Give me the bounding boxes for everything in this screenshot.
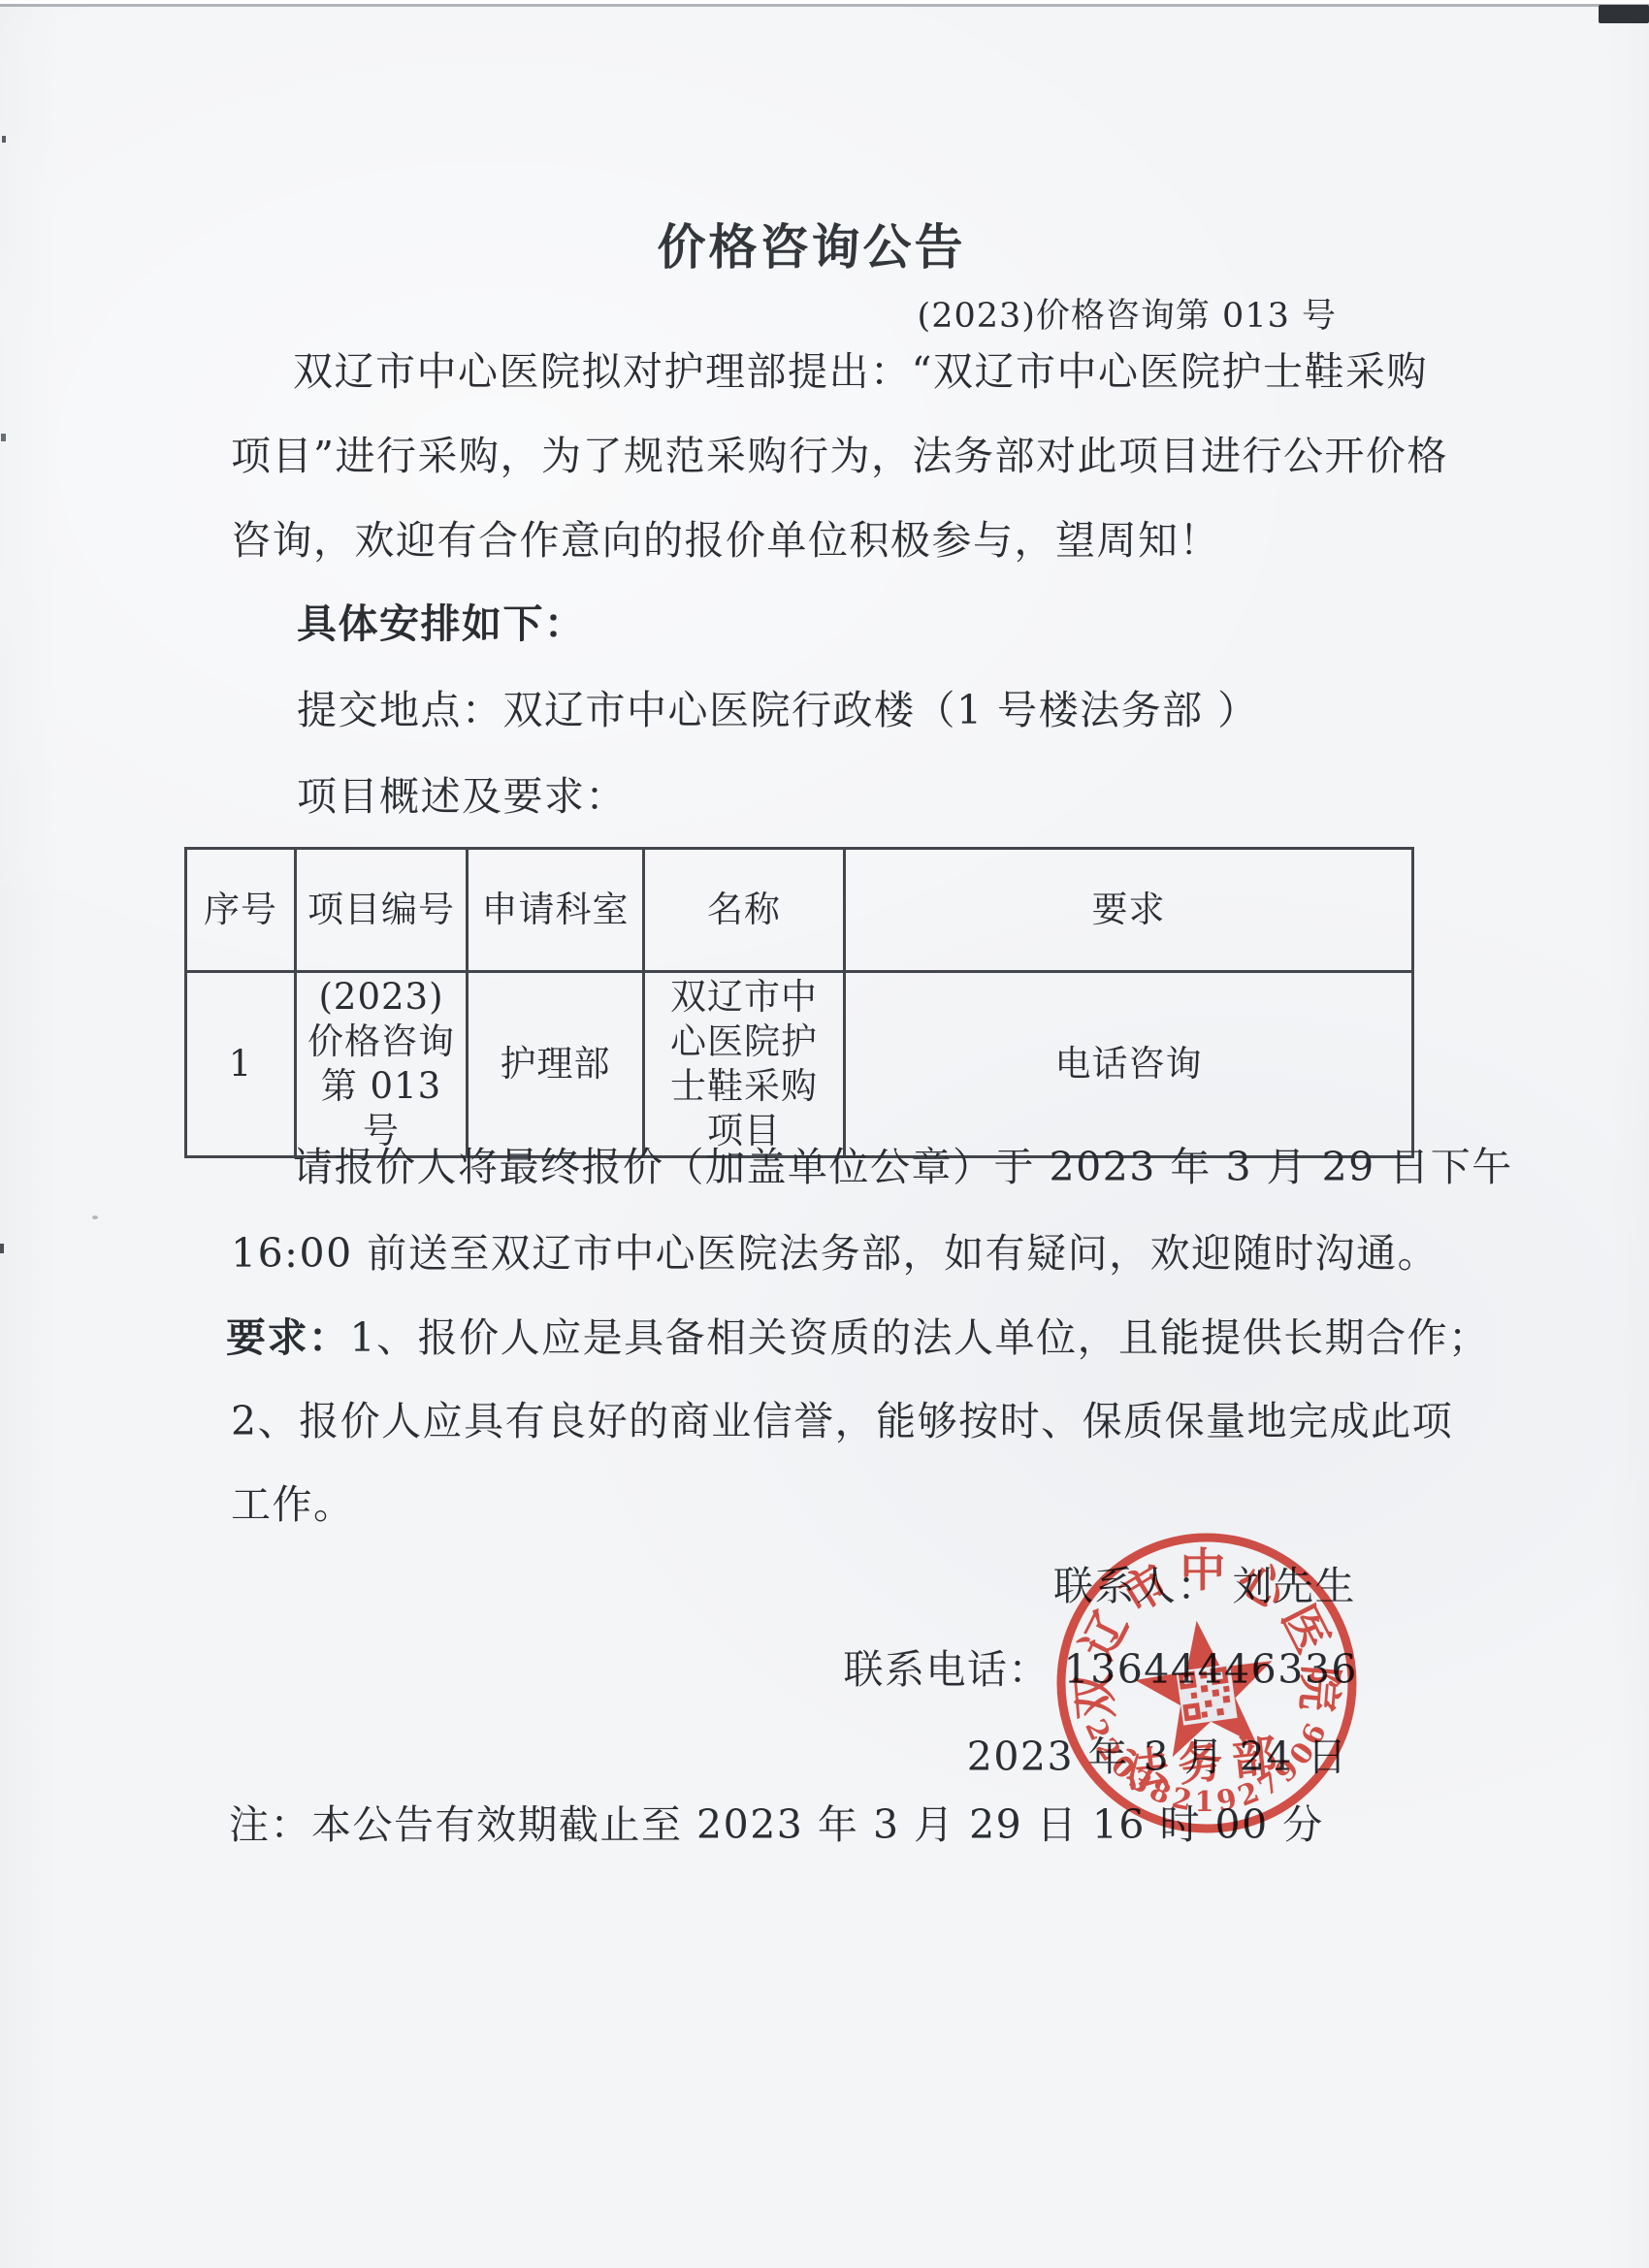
scan-speck-4	[92, 1215, 98, 1219]
cell-seq: 1	[186, 972, 296, 1157]
official-seal: 双辽市中心医院 法务部 2203821927906	[970, 1470, 1445, 1926]
scanned-notice-page: { "page": { "title": "价格咨询公告", "referenc…	[0, 0, 1649, 2268]
header-project-no: 项目编号	[296, 849, 468, 972]
requirements-line-1: 要求：1、报价人应是具备相关资质的法人单位，且能提供长期合作；	[226, 1306, 1490, 1363]
project-table: 序号 项目编号 申请科室 名称 要求 1 (2023)价格咨询第 013 号 护…	[184, 847, 1414, 1158]
page-title: 价格咨询公告	[231, 209, 1392, 278]
overview-heading: 项目概述及要求：	[297, 764, 627, 822]
table-header-row: 序号 项目编号 申请科室 名称 要求	[186, 849, 1413, 972]
requirements-text-1: 1、报价人应是具备相关资质的法人单位，且能提供长期合作；	[350, 1314, 1490, 1361]
scan-corner-shadow	[1599, 5, 1649, 23]
scan-speck-1	[2, 136, 6, 143]
header-name: 名称	[644, 849, 845, 972]
seal-qr-code	[1176, 1664, 1237, 1725]
intro-line-3: 咨询，欢迎有合作意向的报价单位积极参与，望周知！	[231, 508, 1220, 566]
cell-project-no: (2023)价格咨询第 013 号	[296, 972, 468, 1157]
closing-line-1: 请报价人将最终报价（加盖单位公章）于 2023 年 3 月 29 日下午	[293, 1135, 1513, 1192]
reference-number: (2023)价格咨询第 013 号	[918, 289, 1337, 338]
cell-name: 双辽市中心医院护士鞋采购项目	[644, 972, 845, 1157]
schedule-heading: 具体安排如下：	[297, 592, 586, 649]
cell-requirement: 电话咨询	[845, 972, 1413, 1157]
scan-top-edge-line	[0, 4, 1649, 7]
intro-line-1: 双辽市中心医院拟对护理部提出：“双辽市中心医院护士鞋采购	[293, 340, 1428, 397]
scan-speck-3	[0, 1244, 4, 1253]
header-seq: 序号	[186, 849, 296, 972]
closing-line-2: 16:00 前送至双辽市中心医院法务部，如有疑问，欢迎随时沟通。	[231, 1221, 1439, 1279]
requirements-label: 要求：	[226, 1314, 350, 1361]
cell-department: 护理部	[468, 972, 644, 1157]
scan-speck-2	[1, 434, 6, 441]
requirements-line-2: 2、报价人应具有良好的商业信誉，能够按时、保质保量地完成此项	[231, 1389, 1453, 1446]
table-row: 1 (2023)价格咨询第 013 号 护理部 双辽市中心医院护士鞋采购项目 电…	[186, 972, 1413, 1157]
submit-location-line: 提交地点：双辽市中心医院行政楼（1 号楼法务部 ）	[297, 678, 1259, 735]
intro-line-2: 项目”进行采购，为了规范采购行为，法务部对此项目进行公开价格	[231, 424, 1448, 481]
requirements-line-3: 工作。	[231, 1473, 355, 1530]
header-requirement: 要求	[845, 849, 1413, 972]
header-department: 申请科室	[468, 849, 644, 972]
